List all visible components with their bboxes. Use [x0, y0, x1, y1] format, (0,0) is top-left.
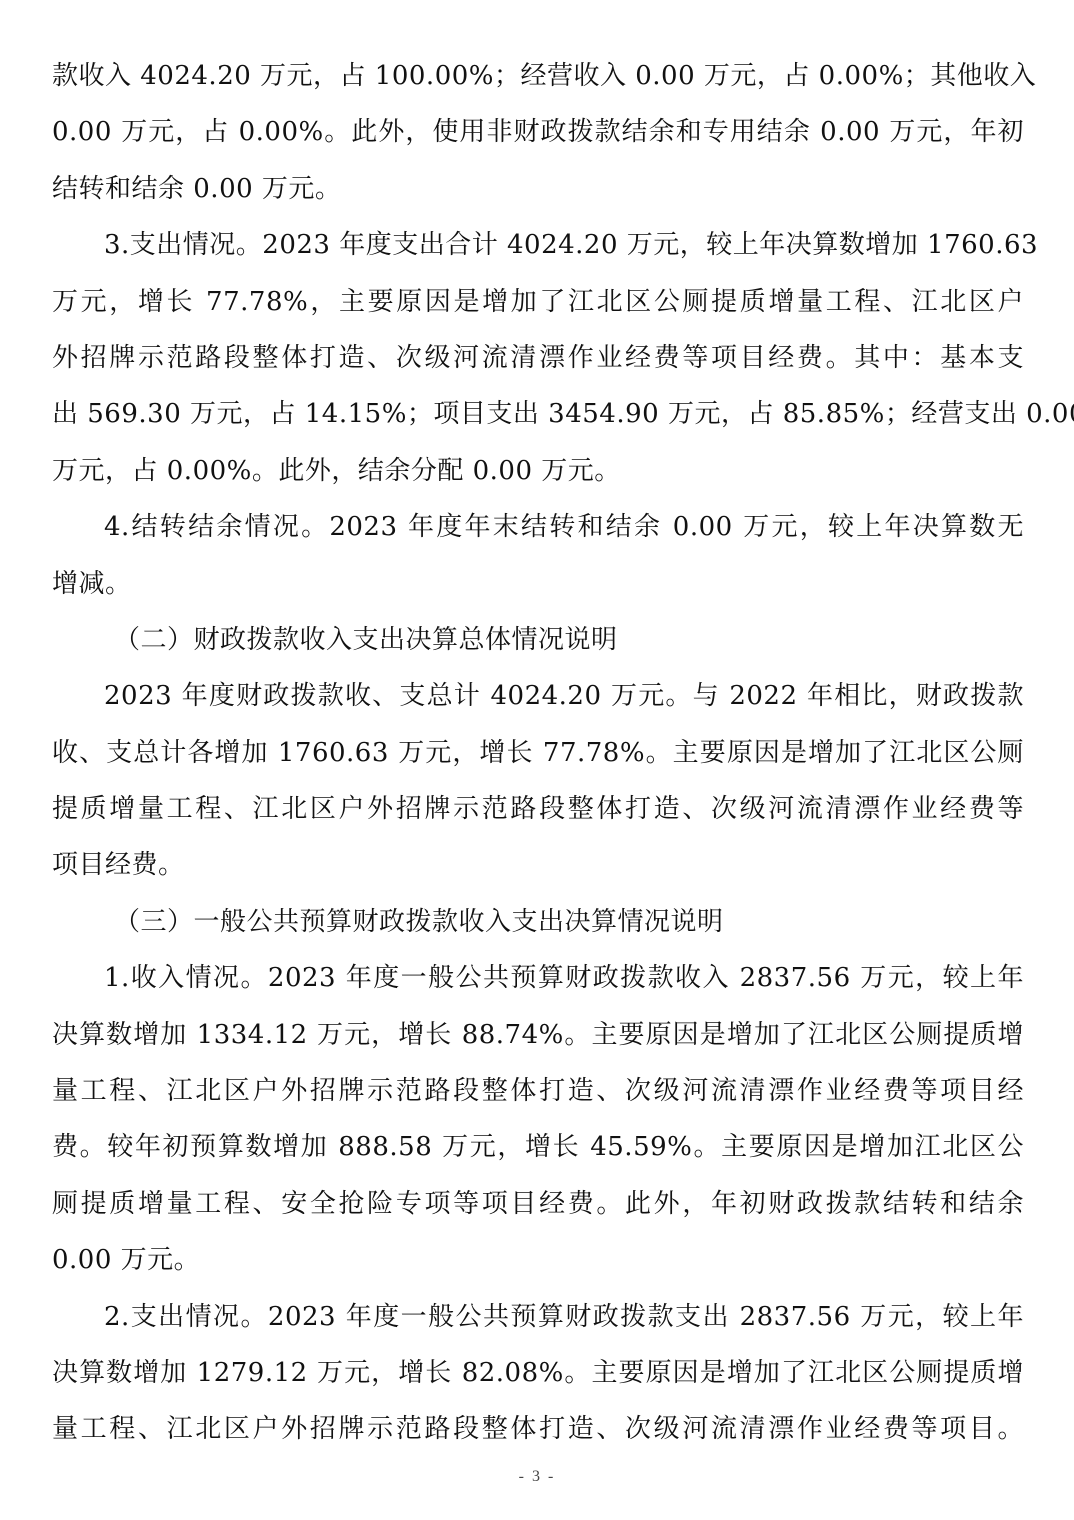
paragraph-line: 量工程、江北区户外招牌示范路段整体打造、次级河流清漂作业经费等项目经	[52, 1063, 1024, 1119]
section-heading: （三）一般公共预算财政拨款收入支出决算情况说明	[52, 894, 1024, 950]
paragraph-line: 费。较年初预算数增加 888.58 万元，增长 45.59%。主要原因是增加江北…	[52, 1119, 1024, 1175]
paragraph-line: 量工程、江北区户外招牌示范路段整体打造、次级河流清漂作业经费等项目。	[52, 1401, 1024, 1457]
paragraph-line: 厕提质增量工程、安全抢险专项等项目经费。此外，年初财政拨款结转和结余	[52, 1176, 1024, 1232]
paragraph-line: 增减。	[52, 556, 1024, 612]
paragraph-line: 出 569.30 万元，占 14.15%；项目支出 3454.90 万元，占 8…	[52, 386, 1024, 442]
paragraph-line: 款收入 4024.20 万元，占 100.00%；经营收入 0.00 万元，占 …	[52, 48, 1024, 104]
paragraph-line: 收、支总计各增加 1760.63 万元，增长 77.78%。主要原因是增加了江北…	[52, 725, 1024, 781]
paragraph-line: 2023 年度财政拨款收、支总计 4024.20 万元。与 2022 年相比，财…	[52, 668, 1024, 724]
paragraph-line: 0.00 万元。	[52, 1232, 1024, 1288]
paragraph-line: 提质增量工程、江北区户外招牌示范路段整体打造、次级河流清漂作业经费等	[52, 781, 1024, 837]
paragraph-line: 项目经费。	[52, 837, 1024, 893]
section-heading: （二）财政拨款收入支出决算总体情况说明	[52, 612, 1024, 668]
paragraph-line: 决算数增加 1279.12 万元，增长 82.08%。主要原因是增加了江北区公厕…	[52, 1345, 1024, 1401]
page-number: - 3 -	[0, 1468, 1074, 1486]
paragraph-line: 0.00 万元，占 0.00%。此外，使用非财政拨款结余和专用结余 0.00 万…	[52, 104, 1024, 160]
paragraph-line: 2.支出情况。2023 年度一般公共预算财政拨款支出 2837.56 万元，较上…	[52, 1289, 1024, 1345]
paragraph-line: 3.支出情况。2023 年度支出合计 4024.20 万元，较上年决算数增加 1…	[52, 217, 1024, 273]
paragraph-line: 万元，占 0.00%。此外，结余分配 0.00 万元。	[52, 443, 1024, 499]
paragraph-line: 万元，增长 77.78%，主要原因是增加了江北区公厕提质增量工程、江北区户	[52, 274, 1024, 330]
paragraph-line: 结转和结余 0.00 万元。	[52, 161, 1024, 217]
paragraph-line: 外招牌示范路段整体打造、次级河流清漂作业经费等项目经费。其中：基本支	[52, 330, 1024, 386]
document-page: 款收入 4024.20 万元，占 100.00%；经营收入 0.00 万元，占 …	[52, 48, 1024, 1458]
paragraph-line: 决算数增加 1334.12 万元，增长 88.74%。主要原因是增加了江北区公厕…	[52, 1007, 1024, 1063]
paragraph-line: 4.结转结余情况。2023 年度年末结转和结余 0.00 万元，较上年决算数无	[52, 499, 1024, 555]
paragraph-line: 1.收入情况。2023 年度一般公共预算财政拨款收入 2837.56 万元，较上…	[52, 950, 1024, 1006]
